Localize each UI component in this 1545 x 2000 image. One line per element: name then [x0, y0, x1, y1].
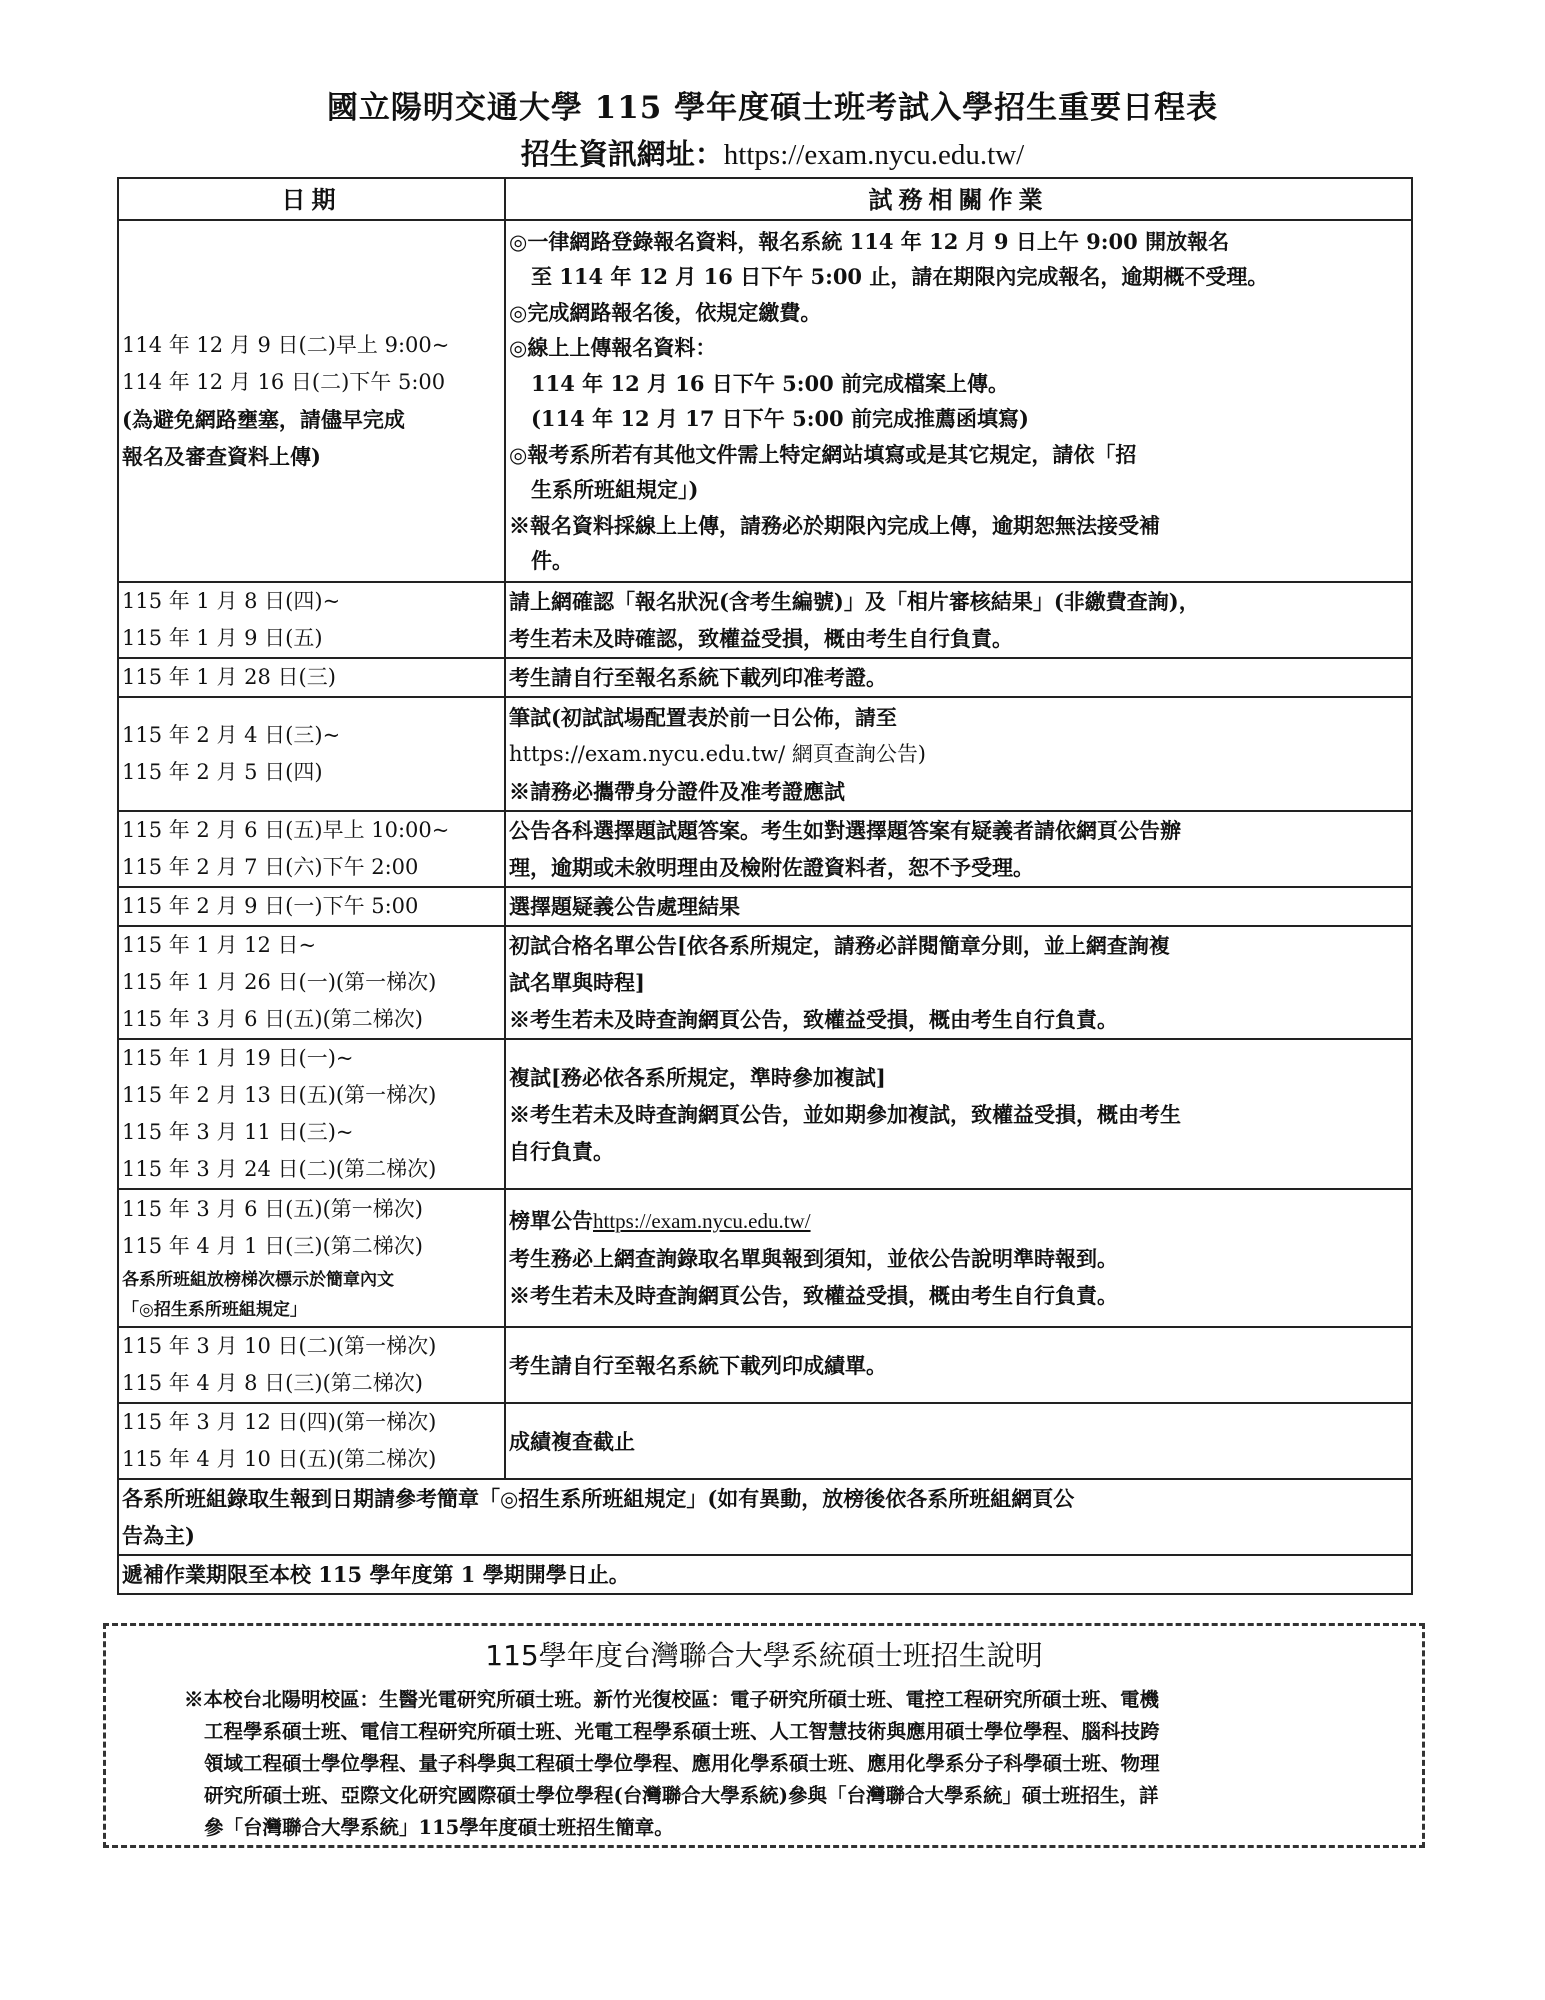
date-line: 115 年 3 月 6 日(五)(第一梯次)	[122, 1191, 501, 1228]
tasks-cell: 筆試(初試試場配置表於前一日公佈，請至 https://exam.nycu.ed…	[505, 697, 1412, 811]
task-line: 件。	[509, 543, 1408, 579]
task-line: ※考生若未及時查詢網頁公告，致權益受損，概由考生自行負責。	[509, 1001, 1408, 1038]
date-cell: 115 年 1 月 8 日(四)~ 115 年 1 月 9 日(五)	[118, 582, 505, 658]
table-row: 115 年 3 月 10 日(二)(第一梯次) 115 年 4 月 8 日(三)…	[118, 1327, 1412, 1403]
date-note: 報名及審查資料上傳)	[122, 438, 501, 475]
table-row: 115 年 1 月 28 日(三) 考生請自行至報名系統下載列印准考證。	[118, 658, 1412, 697]
tasks-cell: 考生請自行至報名系統下載列印准考證。	[505, 658, 1412, 697]
task-line: 至 114 年 12 月 16 日下午 5:00 止，請在期限內完成報名，逾期概…	[509, 259, 1408, 295]
task-line: 公告各科選擇題試題答案。考生如對選擇題答案有疑義者請依網頁公告辦	[509, 812, 1408, 849]
date-line: 115 年 3 月 12 日(四)(第一梯次)	[122, 1404, 501, 1441]
task-line: ※考生若未及時查詢網頁公告，並如期參加複試，致權益受損，概由考生	[509, 1096, 1408, 1133]
notice-body: ※本校台北陽明校區：生醫光電研究所碩士班。新竹光復校區：電子研究所碩士班、電控工…	[184, 1684, 1384, 1844]
task-line: 選擇題疑義公告處理結果	[509, 888, 1408, 925]
date-cell: 115 年 1 月 19 日(一)~ 115 年 2 月 13 日(五)(第一梯…	[118, 1039, 505, 1189]
table-row: 115 年 1 月 19 日(一)~ 115 年 2 月 13 日(五)(第一梯…	[118, 1039, 1412, 1189]
date-line: 114 年 12 月 16 日(二)下午 5:00	[122, 364, 501, 401]
task-line: ◎完成網路報名後，依規定繳費。	[509, 295, 1408, 331]
date-line: 115 年 1 月 9 日(五)	[122, 620, 501, 657]
notice-line: 研究所碩士班、亞際文化研究國際碩士學位學程(台灣聯合大學系統)參與「台灣聯合大學…	[184, 1780, 1384, 1812]
taiwan-uni-system-notice: 115學年度台灣聯合大學系統碩士班招生說明 ※本校台北陽明校區：生醫光電研究所碩…	[103, 1623, 1425, 1848]
table-row: 115 年 2 月 4 日(三)~ 115 年 2 月 5 日(四) 筆試(初試…	[118, 697, 1412, 811]
date-cell: 115 年 2 月 6 日(五)早上 10:00~ 115 年 2 月 7 日(…	[118, 811, 505, 887]
table-row: 115 年 1 月 12 日~ 115 年 1 月 26 日(一)(第一梯次) …	[118, 926, 1412, 1039]
date-note: 各系所班組放榜梯次標示於簡章內文	[122, 1265, 501, 1295]
date-line: 115 年 3 月 24 日(二)(第二梯次)	[122, 1151, 501, 1188]
task-line: 成績複查截止	[509, 1423, 1408, 1460]
date-cell: 115 年 2 月 9 日(一)下午 5:00	[118, 887, 505, 926]
note-line: 各系所班組錄取生報到日期請參考簡章「◎招生系所班組規定」(如有異動，放榜後依各系…	[122, 1480, 1408, 1517]
task-line: 自行負責。	[509, 1133, 1408, 1170]
date-line: 115 年 2 月 4 日(三)~	[122, 717, 501, 754]
notice-line: ※本校台北陽明校區：生醫光電研究所碩士班。新竹光復校區：電子研究所碩士班、電控工…	[184, 1684, 1384, 1716]
tasks-cell: 考生請自行至報名系統下載列印成績單。	[505, 1327, 1412, 1403]
table-row: 114 年 12 月 9 日(二)早上 9:00~ 114 年 12 月 16 …	[118, 220, 1412, 582]
task-line: ◎線上上傳報名資料：	[509, 330, 1408, 366]
date-cell: 115 年 1 月 12 日~ 115 年 1 月 26 日(一)(第一梯次) …	[118, 926, 505, 1039]
task-line: 生系所班組規定」)	[509, 472, 1408, 508]
date-line: 115 年 1 月 12 日~	[122, 927, 501, 964]
date-cell: 115 年 3 月 12 日(四)(第一梯次) 115 年 4 月 10 日(五…	[118, 1403, 505, 1479]
date-line: 115 年 4 月 1 日(三)(第二梯次)	[122, 1228, 501, 1265]
notice-line: 工程學系碩士班、電信工程研究所碩士班、光電工程學系碩士班、人工智慧技術與應用碩士…	[184, 1716, 1384, 1748]
date-cell: 115 年 1 月 28 日(三)	[118, 658, 505, 697]
tasks-cell: 請上網確認「報名狀況(含考生編號)」及「相片審核結果」(非繳費查詢)， 考生若未…	[505, 582, 1412, 658]
tasks-cell: 初試合格名單公告[依各系所規定，請務必詳閱簡章分則，並上網查詢複 試名單與時程]…	[505, 926, 1412, 1039]
tasks-cell: 公告各科選擇題試題答案。考生如對選擇題答案有疑義者請依網頁公告辦 理，逾期或未敘…	[505, 811, 1412, 887]
date-line: 115 年 2 月 9 日(一)下午 5:00	[122, 888, 501, 925]
column-header-tasks: 試務相關作業	[505, 178, 1412, 220]
task-line: 考生務必上網查詢錄取名單與報到須知，並依公告說明準時報到。	[509, 1240, 1408, 1277]
tasks-cell: 成績複查截止	[505, 1403, 1412, 1479]
page-title: 國立陽明交通大學 115 學年度碩士班考試入學招生重要日程表	[0, 82, 1545, 127]
table-row: 115 年 3 月 12 日(四)(第一梯次) 115 年 4 月 10 日(五…	[118, 1403, 1412, 1479]
table-row: 115 年 3 月 6 日(五)(第一梯次) 115 年 4 月 1 日(三)(…	[118, 1189, 1412, 1327]
date-cell: 115 年 2 月 4 日(三)~ 115 年 2 月 5 日(四)	[118, 697, 505, 811]
task-line: ◎一律網路登錄報名資料，報名系統 114 年 12 月 9 日上午 9:00 開…	[509, 224, 1408, 260]
task-line: ※請務必攜帶身分證件及准考證應試	[509, 773, 1408, 810]
date-line: 115 年 3 月 11 日(三)~	[122, 1114, 501, 1151]
tasks-cell: 榜單公告https://exam.nycu.edu.tw/ 考生務必上網查詢錄取…	[505, 1189, 1412, 1327]
admissions-url[interactable]: https://exam.nycu.edu.tw/	[724, 139, 1024, 171]
task-line: 試名單與時程]	[509, 964, 1408, 1001]
date-cell: 115 年 3 月 10 日(二)(第一梯次) 115 年 4 月 8 日(三)…	[118, 1327, 505, 1403]
notice-line: 領域工程碩士學位學程、量子科學與工程碩士學位學程、應用化學系碩士班、應用化學系分…	[184, 1748, 1384, 1780]
date-line: 115 年 4 月 10 日(五)(第二梯次)	[122, 1441, 501, 1478]
date-note: (為避免網路壅塞，請儘早完成	[122, 401, 501, 438]
subtitle-label: 招生資訊網址：	[521, 137, 724, 171]
date-line: 115 年 1 月 26 日(一)(第一梯次)	[122, 964, 501, 1001]
page-subtitle: 招生資訊網址：https://exam.nycu.edu.tw/	[0, 132, 1545, 173]
date-cell: 114 年 12 月 9 日(二)早上 9:00~ 114 年 12 月 16 …	[118, 220, 505, 582]
date-line: 115 年 2 月 6 日(五)早上 10:00~	[122, 812, 501, 849]
date-note: 「◎招生系所班組規定」	[122, 1295, 501, 1325]
tasks-cell: 選擇題疑義公告處理結果	[505, 887, 1412, 926]
task-line: 筆試(初試試場配置表於前一日公佈，請至	[509, 699, 1408, 736]
date-line: 114 年 12 月 9 日(二)早上 9:00~	[122, 327, 501, 364]
schedule-table: 日期 試務相關作業 114 年 12 月 9 日(二)早上 9:00~ 114 …	[117, 177, 1413, 1595]
date-line: 115 年 3 月 10 日(二)(第一梯次)	[122, 1328, 501, 1365]
date-cell: 115 年 3 月 6 日(五)(第一梯次) 115 年 4 月 1 日(三)(…	[118, 1189, 505, 1327]
registration-note-cell: 各系所班組錄取生報到日期請參考簡章「◎招生系所班組規定」(如有異動，放榜後依各系…	[118, 1479, 1412, 1555]
date-line: 115 年 3 月 6 日(五)(第二梯次)	[122, 1001, 501, 1038]
task-line: 114 年 12 月 16 日下午 5:00 前完成檔案上傳。	[509, 366, 1408, 402]
task-line: 考生若未及時確認，致權益受損，概由考生自行負責。	[509, 620, 1408, 657]
task-line: 理，逾期或未敘明理由及檢附佐證資料者，恕不予受理。	[509, 849, 1408, 886]
date-line: 115 年 1 月 8 日(四)~	[122, 583, 501, 620]
tasks-cell: 複試[務必依各系所規定，準時參加複試] ※考生若未及時查詢網頁公告，並如期參加複…	[505, 1039, 1412, 1189]
date-line: 115 年 2 月 13 日(五)(第一梯次)	[122, 1077, 501, 1114]
task-line: ※考生若未及時查詢網頁公告，致權益受損，概由考生自行負責。	[509, 1277, 1408, 1314]
notice-title: 115學年度台灣聯合大學系統碩士班招生說明	[106, 1634, 1422, 1674]
task-line: 複試[務必依各系所規定，準時參加複試]	[509, 1059, 1408, 1096]
task-line: (114 年 12 月 17 日下午 5:00 前完成推薦函填寫)	[509, 401, 1408, 437]
table-header-row: 日期 試務相關作業	[118, 178, 1412, 220]
task-line: 考生請自行至報名系統下載列印准考證。	[509, 659, 1408, 696]
column-header-date: 日期	[118, 178, 505, 220]
note-line: 告為主)	[122, 1517, 1408, 1554]
note-line: 遞補作業期限至本校 115 學年度第 1 學期開學日止。	[122, 1556, 1408, 1593]
task-line: https://exam.nycu.edu.tw/ 網頁查詢公告)	[509, 736, 1408, 773]
waitlist-note-cell: 遞補作業期限至本校 115 學年度第 1 學期開學日止。	[118, 1555, 1412, 1594]
date-line: 115 年 4 月 8 日(三)(第二梯次)	[122, 1365, 501, 1402]
task-line: 初試合格名單公告[依各系所規定，請務必詳閱簡章分則，並上網查詢複	[509, 927, 1408, 964]
table-row: 115 年 1 月 8 日(四)~ 115 年 1 月 9 日(五) 請上網確認…	[118, 582, 1412, 658]
date-line: 115 年 2 月 5 日(四)	[122, 754, 501, 791]
task-line: ※報名資料採線上上傳，請務必於期限內完成上傳，逾期恕無法接受補	[509, 508, 1408, 544]
table-row: 115 年 2 月 9 日(一)下午 5:00 選擇題疑義公告處理結果	[118, 887, 1412, 926]
results-label: 榜單公告	[509, 1208, 593, 1233]
table-row-full: 遞補作業期限至本校 115 學年度第 1 學期開學日止。	[118, 1555, 1412, 1594]
task-line: ◎報考系所若有其他文件需上特定網站填寫或是其它規定，請依「招	[509, 437, 1408, 473]
tasks-cell: ◎一律網路登錄報名資料，報名系統 114 年 12 月 9 日上午 9:00 開…	[505, 220, 1412, 582]
results-link[interactable]: https://exam.nycu.edu.tw/	[593, 1209, 811, 1233]
task-line: 請上網確認「報名狀況(含考生編號)」及「相片審核結果」(非繳費查詢)，	[509, 583, 1408, 620]
task-line: 考生請自行至報名系統下載列印成績單。	[509, 1347, 1408, 1384]
date-line: 115 年 2 月 7 日(六)下午 2:00	[122, 849, 501, 886]
notice-line: 參「台灣聯合大學系統」115學年度碩士班招生簡章。	[184, 1812, 1384, 1844]
date-line: 115 年 1 月 28 日(三)	[122, 659, 501, 696]
date-line: 115 年 1 月 19 日(一)~	[122, 1040, 501, 1077]
table-row: 115 年 2 月 6 日(五)早上 10:00~ 115 年 2 月 7 日(…	[118, 811, 1412, 887]
table-row-full: 各系所班組錄取生報到日期請參考簡章「◎招生系所班組規定」(如有異動，放榜後依各系…	[118, 1479, 1412, 1555]
